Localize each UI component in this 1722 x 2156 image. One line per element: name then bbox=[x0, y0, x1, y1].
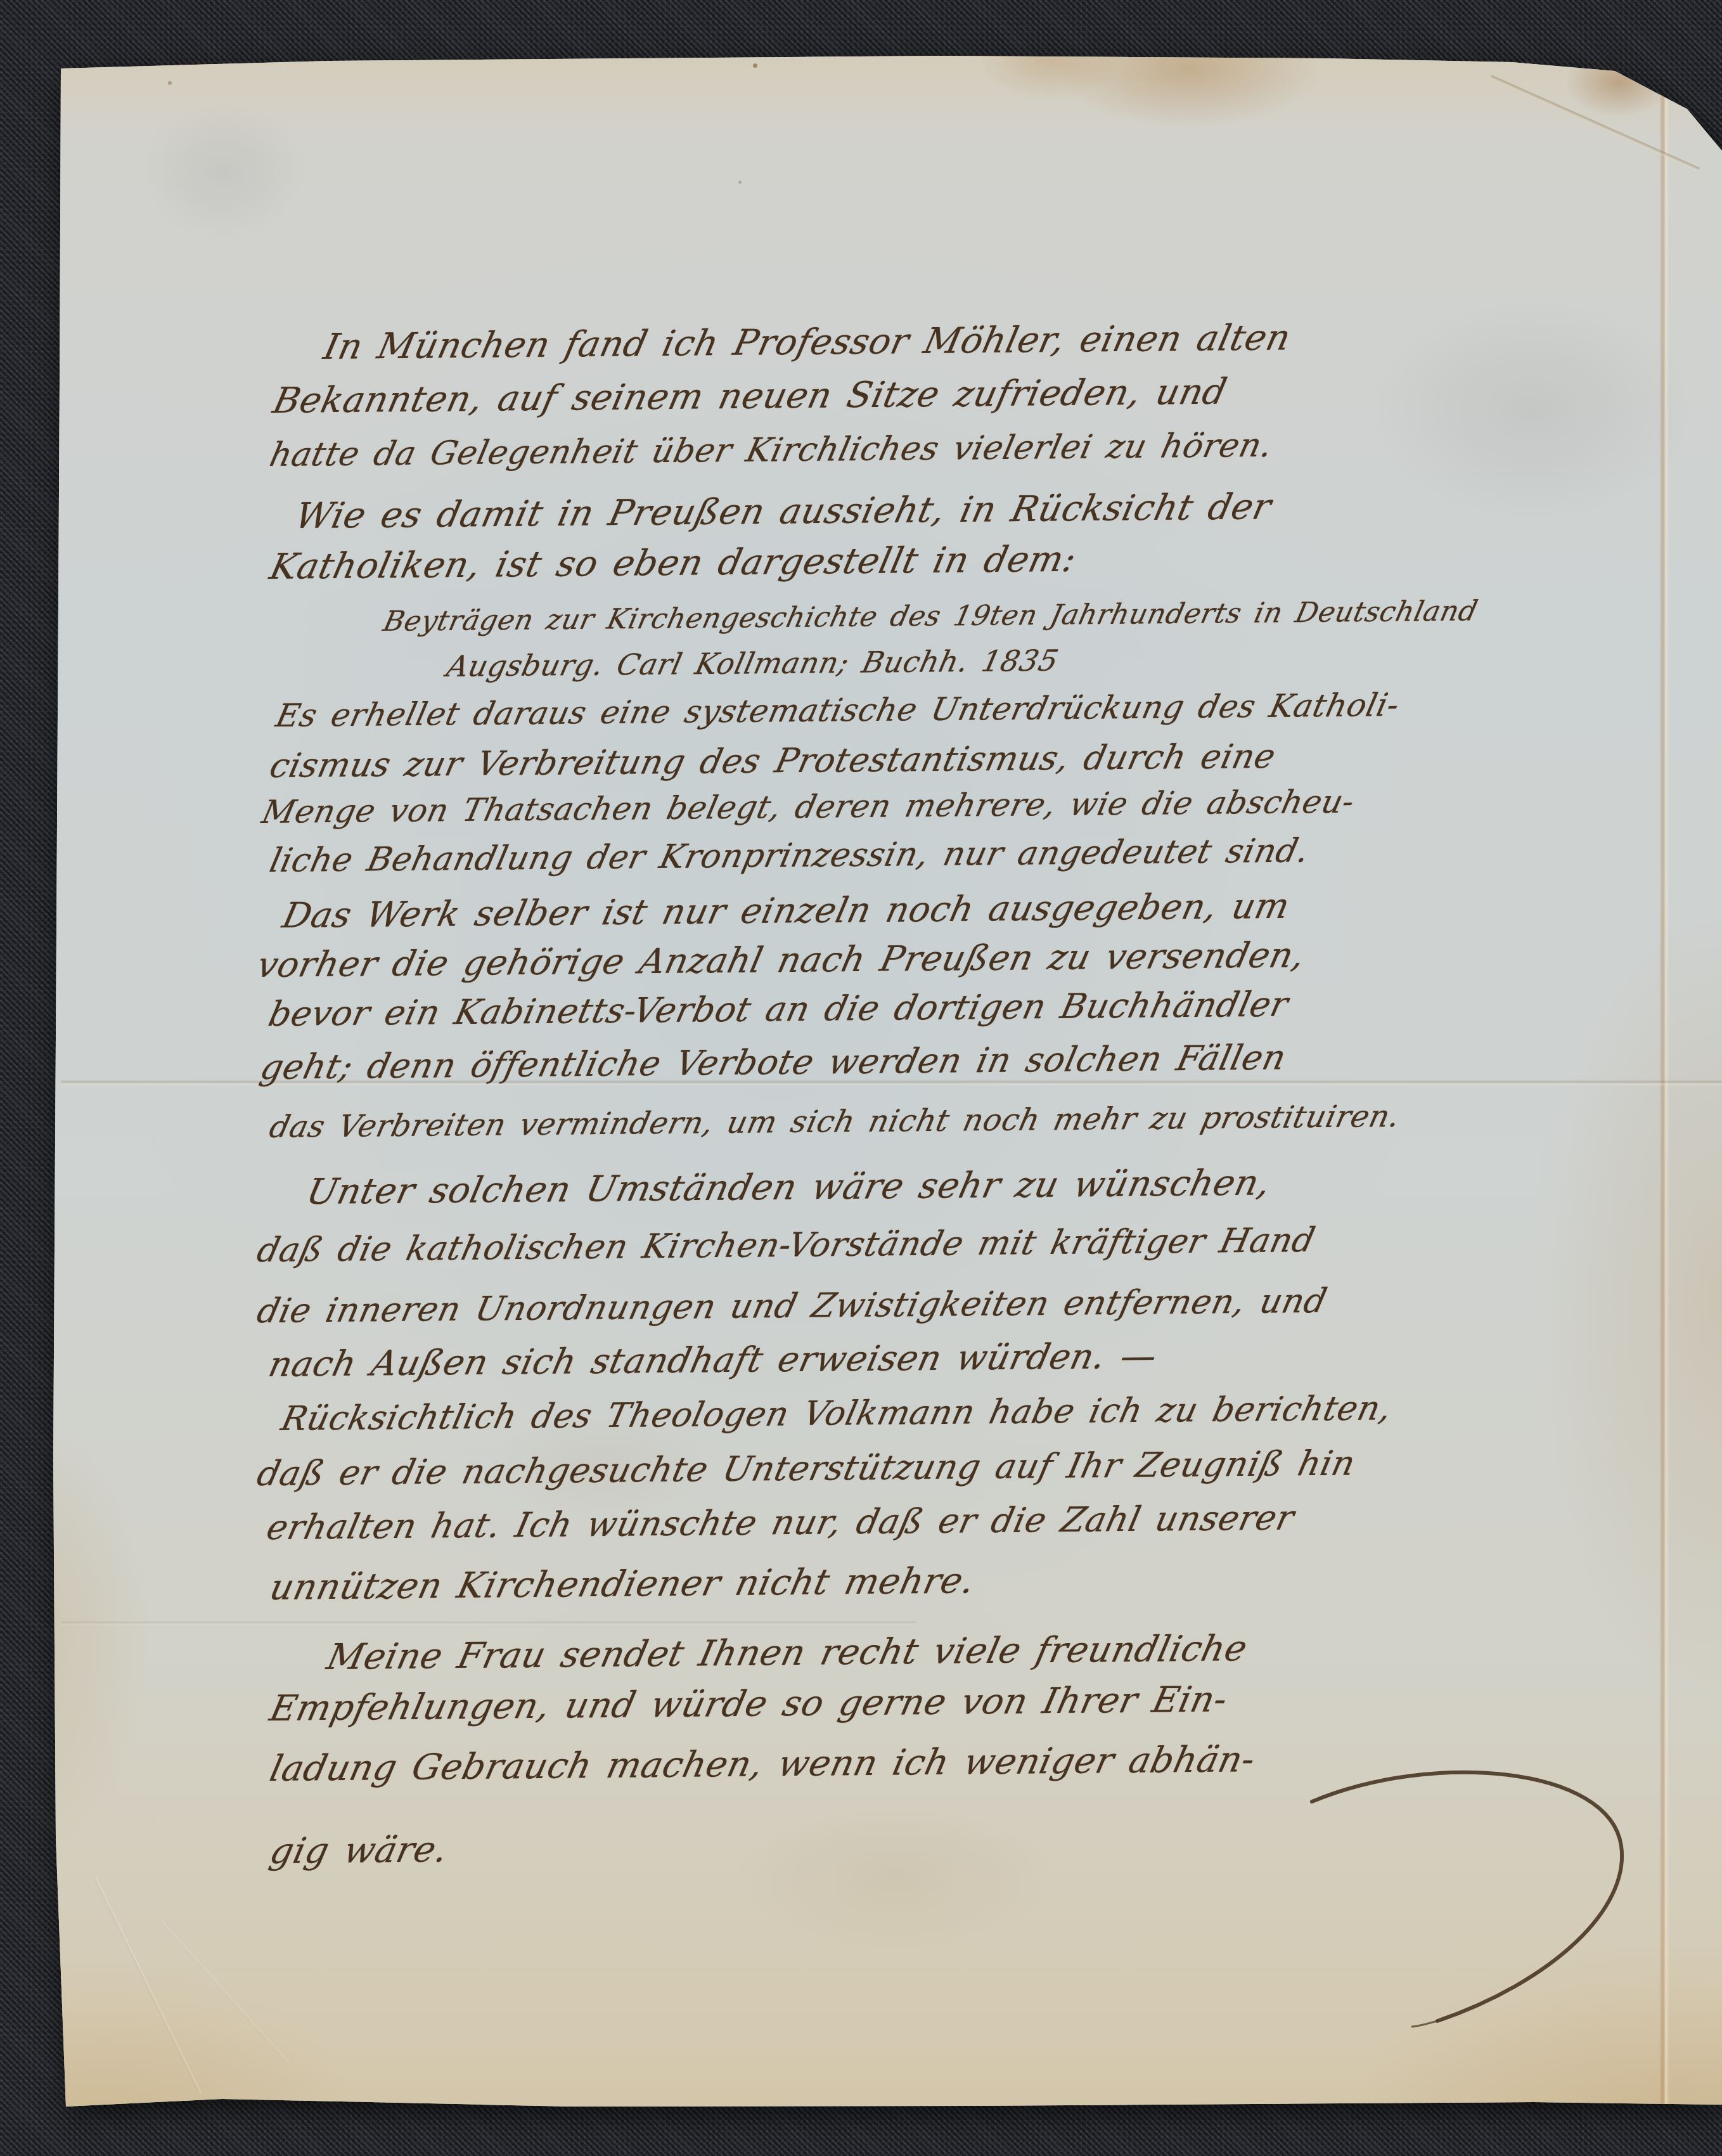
ink-speck bbox=[168, 81, 172, 85]
handwriting-line: das Verbreiten vermindern, um sich nicht… bbox=[266, 1099, 1403, 1145]
handwriting-line: Empfehlungen, und würde so gerne von Ihr… bbox=[266, 1679, 1231, 1729]
handwriting-line: liche Behandlung der Kronprinzessin, nur… bbox=[266, 832, 1313, 880]
fold-crease-lower-left bbox=[61, 1620, 916, 1625]
handwriting-line: nach Außen sich standhaft erweisen würde… bbox=[265, 1336, 1161, 1385]
handwriting-line: gig wäre. bbox=[266, 1829, 452, 1872]
handwriting-line: erhalten hat. Ich wünschte nur, daß er d… bbox=[263, 1497, 1298, 1547]
handwriting-line: ladung Gebrauch machen, wenn ich weniger… bbox=[266, 1739, 1259, 1790]
ink-speck bbox=[738, 181, 742, 184]
handwriting-line: bevor ein Kabinetts-Verbot an die dortig… bbox=[265, 984, 1292, 1034]
ink-speck bbox=[753, 63, 757, 68]
handwriting-line: In München fand ich Professor Möhler, ei… bbox=[320, 317, 1294, 368]
handwriting-line: daß die katholischen Kirchen-Vorstände m… bbox=[254, 1221, 1319, 1270]
fold-crease-vertical bbox=[1659, 60, 1669, 2107]
handwriting-line: cismus zur Verbreitung des Protestantism… bbox=[266, 737, 1279, 785]
handwriting-line: Unter solchen Umständen wäre sehr zu wün… bbox=[303, 1162, 1275, 1213]
handwriting-line: geht; denn öffentliche Verbote werden in… bbox=[257, 1038, 1290, 1087]
handwriting-line: Das Werk selber ist nur einzeln noch aus… bbox=[279, 886, 1294, 936]
handwriting-line: die inneren Unordnungen und Zwistigkeite… bbox=[254, 1282, 1330, 1331]
handwriting-line: Menge von Thatsachen belegt, deren mehre… bbox=[259, 784, 1358, 830]
handwriting-line: Wie es damit in Preußen aussieht, in Rüc… bbox=[292, 486, 1275, 537]
handwriting-line-book-title: Beyträgen zur Kirchengeschichte des 19te… bbox=[380, 595, 1481, 638]
scan-background: In München fand ich Professor Möhler, ei… bbox=[0, 0, 1722, 2156]
handwriting-line: unnützen Kirchendiener nicht mehre. bbox=[266, 1560, 979, 1608]
handwriting-line: Bekannten, auf seinem neuen Sitze zufrie… bbox=[269, 371, 1231, 422]
crease-bottom-left-1 bbox=[94, 1877, 202, 2095]
handwriting-line: Rücksichtlich des Theologen Volkmann hab… bbox=[278, 1389, 1395, 1438]
handwriting-line: vorher die gehörige Anzahl nach Preußen … bbox=[254, 934, 1309, 985]
crease-bottom-left-2 bbox=[161, 1921, 290, 2065]
paper-surface: In München fand ich Professor Möhler, ei… bbox=[0, 0, 1722, 2156]
handwriting-line: Katholiken, ist so eben dargestellt in d… bbox=[266, 539, 1080, 588]
handwriting-line-imprint: Augsburg. Carl Kollmann; Buchh. 1835 bbox=[444, 643, 1062, 683]
handwriting-line: daß er die nachgesuchte Unterstützung au… bbox=[254, 1443, 1359, 1494]
handwriting-line: hatte da Gelegenheit über Kirchliches vi… bbox=[266, 427, 1276, 474]
handwriting-line: Meine Frau sendet Ihnen recht viele freu… bbox=[323, 1628, 1251, 1678]
handwriting-line: Es erhellet daraus eine systematische Un… bbox=[273, 687, 1403, 734]
corner-fold-crease bbox=[1490, 75, 1700, 171]
letter-sheet: In München fand ich Professor Möhler, ei… bbox=[0, 0, 1722, 2156]
